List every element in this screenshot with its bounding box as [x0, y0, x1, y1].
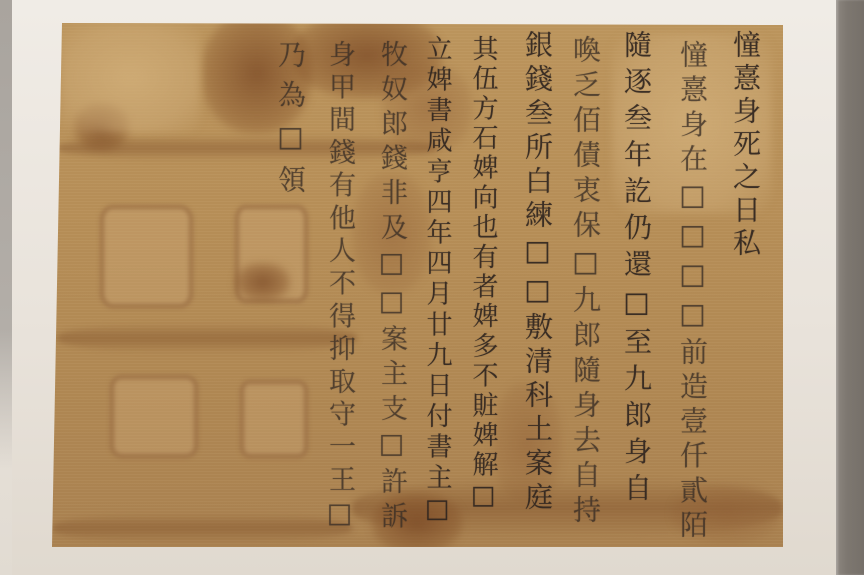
manuscript-paper: 憧憙身死之日私 憧憙身在□□□□前造壹仟貳陌 隨逐叁年訖仍還□至九郎身自 喚乏佰…: [52, 23, 783, 547]
text-column-8: 牧奴郎錢非及□□案主支□許訴: [378, 40, 405, 536]
light-patch: [60, 23, 200, 133]
wall-left-edge: [0, 0, 12, 470]
text-column-7-date: 立婢書咸亨四年四月廿九日付書主□: [424, 35, 450, 529]
text-column-4: 喚乏佰債衷保□九郎隨身去自持: [571, 35, 599, 530]
text-column-9: 身甲間錢有他人不得抑取守一王□: [326, 40, 353, 535]
text-column-3: 隨逐叁年訖仍還□至九郎身自: [622, 30, 650, 510]
light-patch: [110, 375, 198, 458]
water-stain: [57, 323, 357, 353]
water-stain: [235, 263, 290, 301]
text-column-1: 憧憙身死之日私: [731, 30, 759, 261]
wall-right-edge: [836, 0, 864, 575]
text-column-5: 銀錢叁所白練□□敷清科土案庭: [523, 30, 551, 516]
text-column-10: 乃為□領: [276, 40, 304, 205]
water-stain: [52, 513, 352, 543]
light-patch: [100, 205, 193, 308]
light-patch: [240, 380, 308, 458]
text-column-6: 其伍方石婢向也有者婢多不賍婢解□: [470, 35, 496, 514]
text-column-2: 憧憙身在□□□□前造壹仟貳陌: [678, 40, 706, 544]
